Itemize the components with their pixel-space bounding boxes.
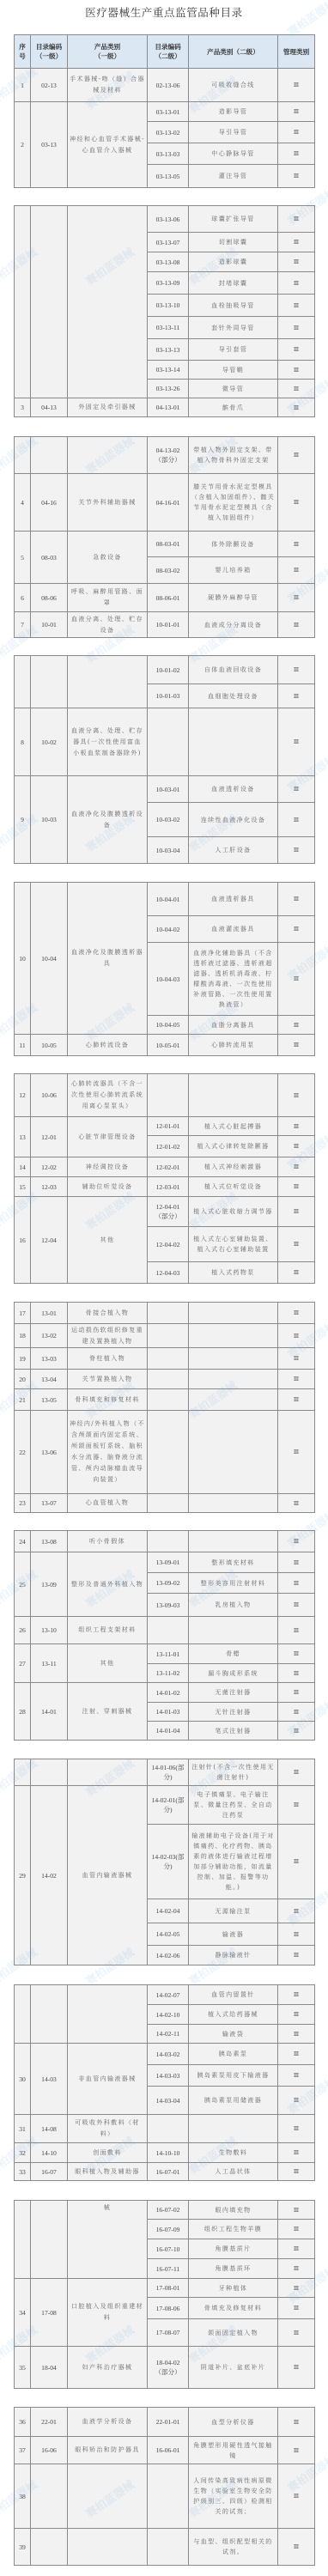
cell-cat1: 心肺转流器具（不含一次性使用心肺转流系统用离心泵泵头） [68,1074,148,1117]
catalog-table-section: 1713-01骨接合植入物Ⅲ1813-02运动损伤软组织修复重建及置换植入物Ⅲ1… [14,1302,315,1513]
column-header-cat2: 产品类别（二级） [189,35,278,69]
cell-seq: 27 [15,1644,31,1683]
catalog-table-section: 序号目录编码（一级）产品类别（一级）目录编码（二级）产品类别（二级）管理类别10… [14,34,315,188]
cell-mgmt: Ⅲ [278,1136,315,1157]
cell-cat1 [68,1985,148,2044]
cell-mgmt: Ⅲ [278,398,315,417]
cell-code1: 13-03 [31,1348,68,1370]
cell-code2: 04-16-01 [148,474,189,532]
cell-seq: 26 [15,1617,31,1644]
cell-cat2: 注射针(不含一次性使用无菌注射针) [189,1759,278,1786]
cell-cat1: 眼科植入物及辅助器 [68,2163,148,2181]
cell-code2: 16-07-11 [148,2259,189,2279]
cell-mgmt: Ⅲ [278,2529,315,2566]
cell-cat2 [189,1617,278,1644]
cell-code2: 14-02-04 [148,1899,189,1923]
cell-code2 [148,1324,189,1348]
cell-mgmt: Ⅲ [278,684,315,708]
cell-code2: 13-11-02 [148,1664,189,1683]
cell-mgmt: Ⅲ [278,612,315,638]
cell-cat1: 手术器械-吻（缝）合器械及材料 [68,69,148,102]
cell-code1: 17-08 [31,2279,68,2347]
cell-code2: 16-07-10 [148,2239,189,2259]
cell-cat2: 灌注导管 [189,165,278,188]
cell-code2: 10-04-02 [148,916,189,943]
cell-mgmt: Ⅲ [278,206,315,233]
column-header-cat1: 产品类别（一级） [68,35,148,69]
cell-cat2: 中心静脉导管 [189,143,278,165]
cell-code1: 04-13 [31,398,68,417]
cell-code1: 12-04 [31,1197,68,1284]
cell-cat2: 连续性血液净化设备 [189,803,278,837]
cell-cat1: 非血管内输液器械 [68,2044,148,2115]
cell-cat1 [68,1759,148,1786]
cell-cat2: 胰岛素泵 [189,2044,278,2065]
table-row: 1412-02神经调控设备12-02-01植入式神经刺激器Ⅲ [15,1157,315,1177]
cell-mgmt: Ⅲ [278,2408,315,2437]
cell-code2: 12-01-02 [148,1136,189,1157]
cell-cat2: 电子镇痛泵、电子输注泵、微量注药泵、全自动注药泵 [189,1786,278,1825]
table-row: 102-13手术器械-吻（缝）合器械及材料02-13-06可吸收缝合线Ⅲ [15,69,315,102]
cell-mgmt: Ⅲ [278,2259,315,2279]
cell-cat2: 自体血液回收设备 [189,656,278,684]
table-row: 1612-04其他12-04-01（部分）植入式心脏收缩力调节器Ⅲ [15,1197,315,1227]
cell-mgmt: Ⅲ [278,837,315,864]
cell-seq: 23 [15,1494,31,1513]
cell-mgmt: Ⅲ [278,1664,315,1683]
cell-cat2: 胰岛素泵用储液器 [189,2087,278,2115]
cell-cat1: 神经调控设备 [68,1157,148,1177]
cell-cat2: 植入式药物泵 [189,1262,278,1284]
cell-cat2: 人工晶状体 [189,2163,278,2181]
table-row: 1110-05心肺转流设备10-05-01心肺转流用泵Ⅲ [15,1035,315,1056]
cell-mgmt: Ⅲ [278,317,315,339]
table-row: 2914-02血管内输液器械14-02-01(部分)电子镇痛泵、电子输注泵、微量… [15,1786,315,1825]
cell-code1: 13-08 [31,1531,68,1552]
cell-cat1: 创面敷料 [68,2143,148,2163]
column-header-label: 产品类别 [94,43,120,51]
cell-code1: 22-01 [31,2408,68,2437]
table-row: 810-02血液分离、处理、贮存器具(一次性使用富血小板血浆制备器除外)Ⅲ [15,708,315,776]
cell-code2: 14-02-11 [148,2025,189,2044]
cell-code1: 13-10 [31,1617,68,1644]
table-row: 2814-01注射、穿刺器械14-01-02无菌注射器Ⅲ [15,1683,315,1703]
cell-cat1: 血液学分析设备 [68,2408,148,2437]
cell-code2: 10-01-02 [148,656,189,684]
cell-seq: 24 [15,1531,31,1552]
cell-code1: 16-07 [31,2163,68,2181]
cell-cat2 [189,1389,278,1411]
cell-cat2: 植入式心脏起搏器 [189,1117,278,1136]
table-row: 1010-04血液净化及腹膜透析器具10-04-01血液透析器具Ⅲ [15,883,315,916]
cell-seq: 8 [15,708,31,776]
catalog-table-section: 3622-01血液学分析设备22-01-01血型分析仪器Ⅲ3716-06眼科矫治… [14,2407,315,2566]
cell-seq: 6 [15,584,31,612]
cell-cat2: 胰岛素泵用皮下输液器 [189,2065,278,2087]
cell-mgmt: Ⅲ [278,2115,315,2143]
table-row: 3716-06眼科矫治和防护器具16-06-01角膜塑形用硬性透气接触镜Ⅲ [15,2437,315,2464]
cell-code2: 12-04-01（部分） [148,1197,189,1227]
cell-code1: 14-08 [31,2115,68,2143]
cell-mgmt: Ⅲ [278,165,315,188]
table-row: 608-06呼吸、麻醉用管路、面罩08-06-01硬膜外麻醉导管Ⅲ [15,584,315,612]
cell-cat2: 人间传染高致病性病原微生物（实验室生物安全防护级别三、四级）检测相关的试剂； [189,2464,278,2529]
cell-mgmt: Ⅲ [278,1324,315,1348]
cell-code2: 14-02-10 [148,2005,189,2025]
cell-code2: 03-13-05 [148,165,189,188]
cell-cat1: 血液净化及腹膜透析设备 [68,776,148,864]
catalog-table-section: 械16-07-02眼内填充物Ⅲ16-07-09组织工程生物羊膜Ⅲ16-07-10… [14,2200,315,2389]
cell-code2: 10-04-01 [148,883,189,916]
cell-code1: 03-13 [31,102,68,188]
cell-code2: 14-01-02 [148,1683,189,1703]
table-row: 04-13-02（部分）带植入物外固定支架、带植入物骨科外固定支架Ⅲ [15,437,315,474]
table-row: 2613-10组织工程支架材料Ⅲ [15,1617,315,1644]
cell-cat1: 血液净化及腹膜透析器具 [68,883,148,1035]
cell-cat1: 心脏节律管理设备 [68,1117,148,1157]
cell-mgmt: Ⅲ [278,776,315,803]
cell-seq: 2 [15,102,31,188]
cell-mgmt: Ⅲ [278,295,315,317]
cell-cat2: 漏斗胸成形系统 [189,1664,278,1683]
cell-code1: 13-01 [31,1303,68,1324]
cell-code2 [148,708,189,776]
cell-mgmt: Ⅲ [278,1594,315,1617]
cell-cat2: 静脉输液针 [189,1946,278,1965]
cell-code1 [31,1985,68,2044]
cell-mgmt: Ⅲ [278,916,315,943]
cell-code1: 12-02 [31,1157,68,1177]
cell-cat2: 婴儿培养箱 [189,557,278,584]
cell-code1 [31,656,68,708]
cell-mgmt: Ⅲ [278,1946,315,1965]
table-row: 1913-03脊柱植入物Ⅲ [15,1348,315,1370]
cell-code2: 12-04-02 [148,1227,189,1262]
cell-code1 [31,437,68,474]
column-header-label: 序号 [19,43,26,60]
cell-mgmt: Ⅲ [278,1117,315,1136]
cell-code2: 04-13-01 [148,398,189,417]
cell-code2: 16-06-01 [148,2437,189,2464]
catalog-table-section: 1010-04血液净化及腹膜透析器具10-04-01血液透析器具Ⅲ10-04-0… [14,882,315,1056]
cell-seq: 32 [15,2143,31,2163]
cell-mgmt: Ⅲ [278,1177,315,1197]
catalog-table-section: 03-13-06球囊扩张导管Ⅲ03-13-07切割球囊Ⅲ03-13-08造影球囊… [14,205,315,417]
cell-cat2: 套针外周导管 [189,317,278,339]
cell-code2 [148,1617,189,1644]
cell-mgmt: Ⅲ [278,102,315,122]
cell-mgmt: Ⅲ [278,1531,315,1552]
cell-cat2: 血栓抽吸导管 [189,295,278,317]
table-row: 39与血型、组织配型相关的试剂。Ⅲ [15,2529,315,2566]
table-row: 1312-01心脏节律管理设备12-01-01植入式心脏起搏器Ⅲ [15,1117,315,1136]
table-row: 10-01-02自体血液回收设备Ⅲ [15,656,315,684]
cell-cat1: 神经和心血管手术器械-心血管介入器械 [68,102,148,188]
cell-mgmt: Ⅲ [278,1227,315,1262]
cell-cat1: 注射、穿刺器械 [68,1683,148,1741]
cell-cat2: 体外除颤设备 [189,532,278,557]
cell-cat2 [189,1303,278,1324]
cell-cat1 [68,206,148,398]
table-row: 3622-01血液学分析设备22-01-01血型分析仪器Ⅲ [15,2408,315,2437]
cell-cat2 [189,2115,278,2143]
cell-cat2: 乳房植入物 [189,1594,278,1617]
cell-code2: 17-08-01 [148,2279,189,2298]
cell-seq: 25 [15,1552,31,1617]
cell-cat2: 角膜塑形用硬性透气接触镜 [189,2437,278,2464]
cell-cat1: 眼科矫治和防护器具 [68,2437,148,2464]
cell-cat2: 带植入物外固定支架、带植入物骨科外固定支架 [189,437,278,474]
cell-cat1: 听小骨假体 [68,1531,148,1552]
cell-cat1: 可吸收外科敷料（材料） [68,2115,148,2143]
cell-mgmt: Ⅲ [278,122,315,143]
cell-cat1: 心肺转流设备 [68,1035,148,1056]
cell-seq: 21 [15,1389,31,1411]
cell-seq: 29 [15,1786,31,1965]
cell-mgmt: Ⅲ [278,474,315,532]
cell-seq: 28 [15,1683,31,1741]
table-row: 1512-03辅助位听觉设备12-03-01植入式位听觉设备Ⅲ [15,1177,315,1197]
cell-code1: 14-01 [31,1683,68,1741]
cell-seq: 7 [15,612,31,638]
cell-mgmt: Ⅲ [278,2143,315,2163]
cell-mgmt: Ⅲ [278,2220,315,2239]
cell-cat2: 血液净化辅助器具（不含透析液过滤器、透析液超滤器、透析机消毒液、柠檬酸消毒液、一… [189,943,278,1016]
cell-mgmt: Ⅲ [278,1759,315,1786]
cell-cat2: 血液透析设备 [189,776,278,803]
cell-mgmt: Ⅲ [278,2347,315,2389]
column-header-sublabel: （一级） [33,52,65,61]
cell-mgmt: Ⅲ [278,252,315,272]
cell-code2: 03-13-26 [148,380,189,398]
table-header-row: 序号目录编码（一级）产品类别（一级）目录编码（二级）产品类别（二级）管理类别 [15,35,315,69]
cell-cat2: 整形美容用注射材料 [189,1573,278,1594]
cell-seq: 36 [15,2408,31,2437]
cell-mgmt: Ⅲ [278,1899,315,1923]
cell-code1: 13-04 [31,1370,68,1389]
cell-code2: 03-13-11 [148,317,189,339]
cell-cat2: 阴道补片、盆底补片 [189,2347,278,2389]
cell-seq: 38 [15,2464,31,2529]
table-row: 203-13神经和心血管手术器械-心血管介入器械03-13-01造影导管Ⅲ [15,102,315,122]
cell-cat1: 其他 [68,1197,148,1284]
cell-code2 [148,2529,189,2566]
cell-mgmt: Ⅲ [278,1722,315,1741]
cell-mgmt: Ⅲ [278,708,315,776]
cell-cat2 [189,1370,278,1389]
cell-cat2: 微导管 [189,380,278,398]
cell-seq: 12 [15,1074,31,1117]
cell-code2: 03-13-06 [148,206,189,233]
table-row: 3214-10创面敷料14-10-10生物敷料Ⅲ [15,2143,315,2163]
column-header-label: 目录编码 [36,43,62,51]
cell-code1: 13-07 [31,1494,68,1513]
cell-mgmt: Ⅲ [278,1389,315,1411]
cell-code2: 14-02-06 [148,1946,189,1965]
document-page: 医疗器械生产重点监管品种目录 序号目录编码（一级）产品类别（一级）目录编码（二级… [0,0,328,2576]
cell-code2: 14-03-03 [148,2065,189,2087]
cell-seq [15,437,31,474]
cell-seq: 5 [15,532,31,584]
table-row: 2213-06神经内/外科植入物（不含颅颌面内固定系统、颅颌面板钉系统、脑积水分… [15,1411,315,1494]
cell-mgmt: Ⅲ [278,2025,315,2044]
cell-code2: 14-01-06(部分) [148,1759,189,1786]
cell-code2: 14-02-03(部分) [148,1825,189,1899]
catalog-table-section: 14-02-07血管内留置针Ⅲ14-02-10植入式给药器械Ⅲ14-02-11输… [14,1984,315,2181]
cell-mgmt: Ⅲ [278,2319,315,2347]
column-header-sublabel: （二级） [149,52,186,61]
cell-cat2: 封堵球囊 [189,272,278,295]
cell-cat2: 切割球囊 [189,233,278,252]
cell-mgmt: Ⅲ [278,557,315,584]
cell-code2: 10-03-04 [148,837,189,864]
cell-code2: 03-13-14 [148,361,189,380]
cell-code2 [148,1494,189,1513]
cell-seq [15,206,31,398]
cell-code2: 14-02-01(部分) [148,1786,189,1825]
cell-code2: 10-05-01 [148,1035,189,1056]
cell-mgmt: Ⅲ [278,1016,315,1035]
cell-cat2: 植入式神经刺激器 [189,1157,278,1177]
cell-mgmt: Ⅲ [278,1923,315,1946]
cell-seq: 31 [15,2115,31,2143]
cell-code2: 17-08-07 [148,2319,189,2347]
cell-code1: 10-04 [31,883,68,1035]
cell-cat1: 急救设备 [68,532,148,584]
cell-cat1 [68,2464,148,2529]
cell-cat1: 械 [68,2201,148,2279]
column-header-code1: 目录编码（一级） [31,35,68,69]
cell-cat1 [68,2529,148,2566]
cell-cat2: 植入式左心室辅助装置、植入式右心室辅助装置 [189,1227,278,1262]
cell-mgmt: Ⅲ [278,2087,315,2115]
cell-code2: 17-08-06 [148,2298,189,2319]
table-row: 14-02-07血管内留置针Ⅲ [15,1985,315,2005]
cell-cat2: 骨填充及修复材料 [189,2298,278,2319]
cell-cat2: 骨蜡 [189,1644,278,1664]
cell-code2: 03-13-02 [148,122,189,143]
cell-cat2: 整形填充材料 [189,1552,278,1573]
column-header-mgmt: 管理类别 [278,35,315,69]
cell-mgmt: Ⅲ [278,1683,315,1703]
cell-mgmt: Ⅲ [278,2437,315,2464]
cell-code1: 10-01 [31,612,68,638]
cell-code2: 03-13-10 [148,295,189,317]
cell-code1: 08-06 [31,584,68,612]
cell-cat2 [189,1494,278,1513]
cell-code2 [148,1411,189,1494]
cell-code2: 13-09-03 [148,1594,189,1617]
cell-cat2: 角膜基质环 [189,2259,278,2279]
cell-code2: 14-02-05 [148,1923,189,1946]
cell-seq: 11 [15,1035,31,1056]
cell-mgmt: Ⅲ [278,1552,315,1573]
cell-cat2: 造影导管 [189,102,278,122]
cell-cat2 [189,1411,278,1494]
cell-cat1: 脊柱植入物 [68,1348,148,1370]
cell-cat2: 心肺转流用泵 [189,1035,278,1056]
cell-cat2: 导管鞘 [189,361,278,380]
cell-mgmt: Ⅲ [278,2239,315,2259]
table-row: 2113-05骨科填充和修复材料Ⅲ [15,1389,315,1411]
catalog-table-section: 2413-08听小骨假体Ⅲ2513-09整形及普通外科植入物13-09-01整形… [14,1530,315,1741]
cell-mgmt: Ⅲ [278,143,315,165]
cell-mgmt: Ⅲ [278,1035,315,1056]
table-row: 2513-09整形及普通外科植入物13-09-01整形填充材料Ⅲ [15,1552,315,1573]
catalog-table-section: 10-01-02自体血液回收设备Ⅲ10-01-03血细胞处理设备Ⅲ810-02血… [14,655,315,864]
catalog-table-section: 14-01-06(部分)注射针(不含一次性使用无菌注射针)Ⅲ2914-02血管内… [14,1759,315,1965]
cell-seq: 17 [15,1303,31,1324]
cell-cat2: 可吸收缝合线 [189,69,278,102]
cell-code2 [148,2115,189,2143]
cell-code1 [31,206,68,398]
cell-mgmt: Ⅲ [278,1074,315,1117]
cell-code2 [148,1531,189,1552]
cell-mgmt: Ⅲ [278,584,315,612]
cell-code1: 04-16 [31,474,68,532]
cell-mgmt: Ⅲ [278,1825,315,1899]
catalog-table-section: 04-13-02（部分）带植入物外固定支架、带植入物骨科外固定支架Ⅲ404-16… [14,436,315,638]
cell-code2: 14-02-07 [148,1985,189,2005]
cell-cat2: 颌面固定植入物 [189,2319,278,2347]
cell-code1: 10-03 [31,776,68,864]
cell-code2: 10-03-02 [148,803,189,837]
cell-code2: 12-04-03 [148,1262,189,1284]
cell-code2: 02-13-06 [148,69,189,102]
cell-code2 [148,1074,189,1117]
cell-code2: 16-07-02 [148,2201,189,2220]
cell-seq [15,2201,31,2279]
table-row: 3114-08可吸收外科敷料（材料）Ⅲ [15,2115,315,2143]
cell-code1 [31,2464,68,2529]
column-header-seq: 序号 [15,35,31,69]
table-row: 14-01-06(部分)注射针(不含一次性使用无菌注射针)Ⅲ [15,1759,315,1786]
cell-cat2: 输液袋 [189,2025,278,2044]
cell-seq: 9 [15,776,31,864]
cell-cat1: 呼吸、麻醉用管路、面罩 [68,584,148,612]
table-row: 1210-06心肺转流器具（不含一次性使用心肺转流系统用离心泵泵头）Ⅲ [15,1074,315,1117]
cell-code2: 13-09-02 [148,1573,189,1594]
cell-cat2: 与血型、组织配型相关的试剂。 [189,2529,278,2566]
cell-code2 [148,1303,189,1324]
cell-code2: 12-01-01 [148,1117,189,1136]
table-row: 1713-01骨接合植入物Ⅲ [15,1303,315,1324]
cell-mgmt: Ⅲ [278,233,315,252]
cell-seq [15,1985,31,2044]
cell-cat2: 硬膜外麻醉导管 [189,584,278,612]
cell-cat2: 笔式注射器 [189,1722,278,1741]
cell-cat1: 运动损伤软组织修复重建及置换植入物 [68,1324,148,1348]
cell-code1: 10-02 [31,708,68,776]
cell-cat2: 人工肝设备 [189,837,278,864]
cell-code2: 10-01-03 [148,684,189,708]
cell-cat1 [68,437,148,474]
cell-cat2: 植入式位听觉设备 [189,1177,278,1197]
cell-mgmt: Ⅲ [278,1786,315,1825]
cell-mgmt: Ⅲ [278,2279,315,2298]
cell-seq [15,656,31,708]
cell-cat1: 关节外科辅助器械 [68,474,148,532]
cell-mgmt: Ⅲ [278,437,315,474]
column-header-code2: 目录编码（二级） [148,35,189,69]
cell-code2: 08-03-01 [148,532,189,557]
cell-cat1: 组织工程支架材料 [68,1617,148,1644]
cell-code1: 13-06 [31,1411,68,1494]
cell-mgmt: Ⅲ [278,272,315,295]
cell-code1: 10-05 [31,1035,68,1056]
cell-code2 [148,1389,189,1411]
cell-cat1: 其他 [68,1644,148,1683]
